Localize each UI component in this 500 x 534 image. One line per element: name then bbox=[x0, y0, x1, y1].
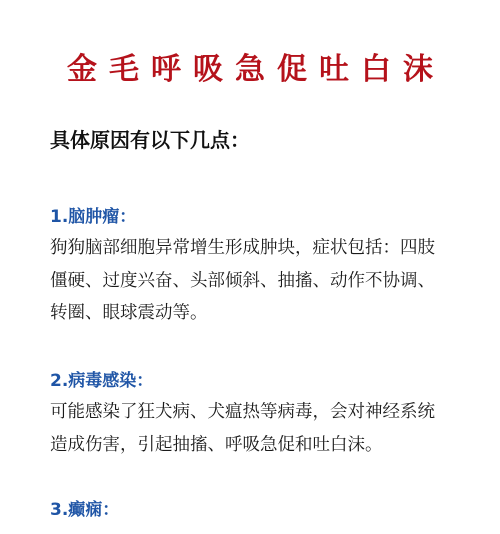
section-intro: 具体原因有以下几点： bbox=[50, 125, 250, 155]
cause-heading-viral-infection: 2.病毒感染： bbox=[50, 368, 153, 394]
cause-body-viral-infection: 可能感染了狂犬病、犬瘟热等病毒，会对神经系统造成伤害，引起抽搐、呼吸急促和吐白沫… bbox=[50, 396, 450, 461]
cause-heading-epilepsy: 3.癫痫： bbox=[50, 497, 119, 523]
cause-heading-brain-tumor: 1.脑肿瘤： bbox=[50, 204, 136, 230]
article-title: 金毛呼吸急促吐白沫 bbox=[0, 50, 500, 90]
cause-body-brain-tumor: 狗狗脑部细胞异常增生形成肿块，症状包括：四肢僵硬、过度兴奋、头部倾斜、抽搐、动作… bbox=[50, 232, 450, 330]
